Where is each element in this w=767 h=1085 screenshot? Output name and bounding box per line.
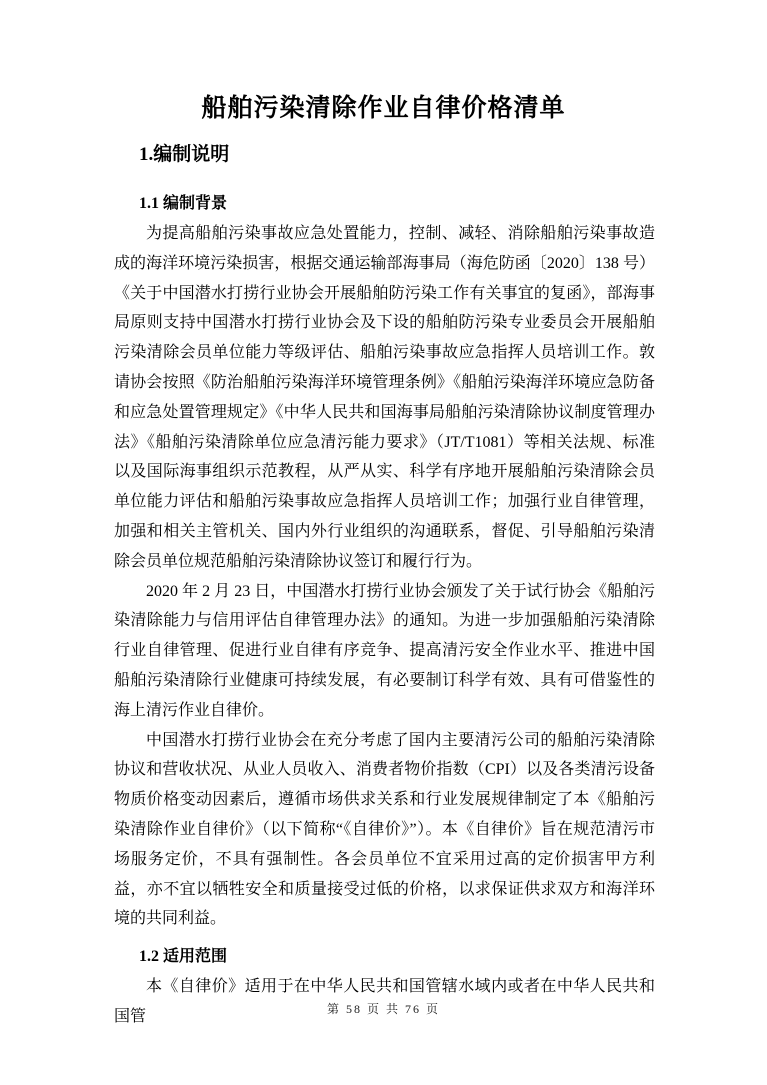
paragraph-background-3: 中国潜水打捞行业协会在充分考虑了国内主要清污公司的船舶污染清除协议和营收状况、从… [114,726,655,935]
subsection-heading-background: 1.1 编制背景 [139,189,655,219]
subsection-heading-scope: 1.2 适用范围 [139,942,655,972]
page-footer: 第 58 页 共 76 页 [0,1000,767,1017]
document-title: 船舶污染清除作业自律价格清单 [0,0,767,126]
paragraph-background-1: 为提高船舶污染事故应急处置能力，控制、减轻、消除船舶污染事故造成的海洋环境污染损… [114,219,655,577]
document-body: 1.编制说明 1.1 编制背景 为提高船舶污染事故应急处置能力，控制、减轻、消除… [0,140,767,1032]
paragraph-background-2: 2020 年 2 月 23 日，中国潜水打捞行业协会颁发了关于试行协会《船舶污染… [114,577,655,726]
document-page: 船舶污染清除作业自律价格清单 1.编制说明 1.1 编制背景 为提高船舶污染事故… [0,0,767,1085]
section-heading-compilation-notes: 1.编制说明 [139,140,655,170]
